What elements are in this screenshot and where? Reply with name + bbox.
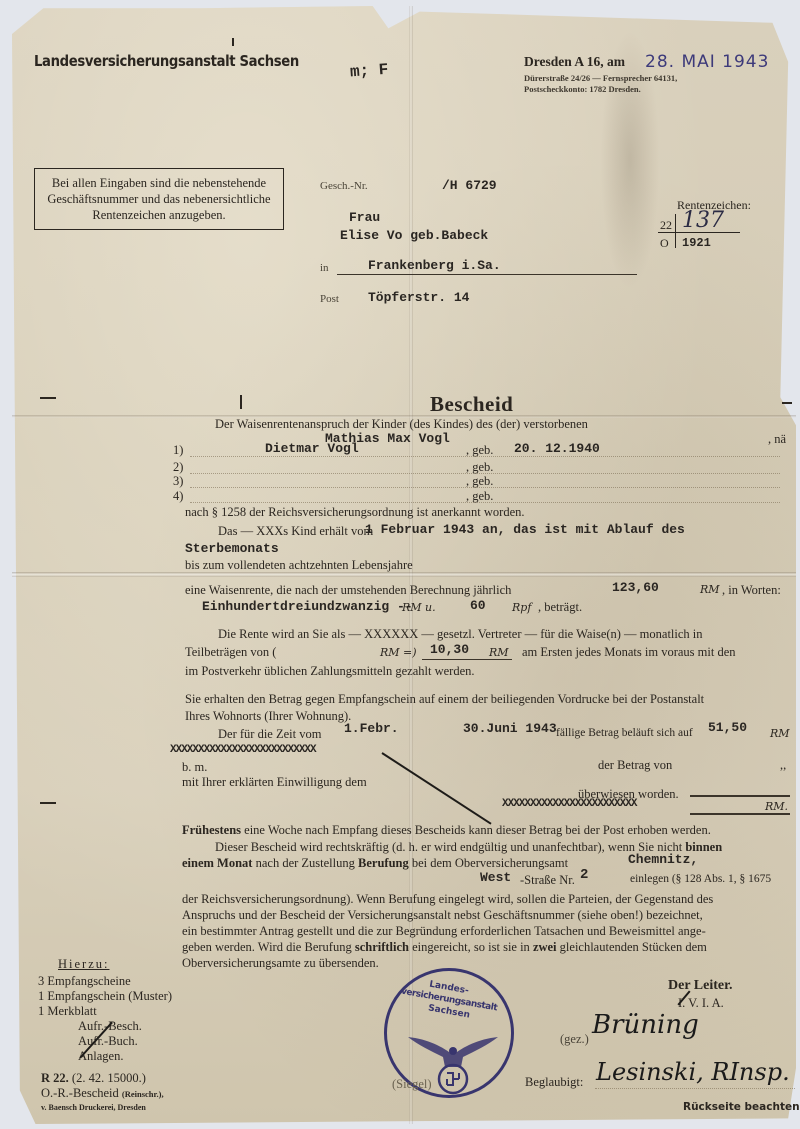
decision-intro: Der Waisenrentenanspruch der Kinder (des… [215,417,588,432]
nae-fragment: , nä [768,432,786,447]
document-title: Bescheid [430,392,513,417]
form-name-small: (Reinschr.), [122,1089,164,1099]
enclosure-item: 3 Empfangscheine [38,974,131,989]
rentenzeichen-divider-h [658,232,740,233]
entitlement-start-2: Sterbemonats [185,541,279,556]
issuer-name: Landesversicherungsanstalt Sachsen [34,52,299,70]
recipient-post-label: Post [320,293,339,305]
recipient-street: Töpferstr. 14 [368,290,469,305]
certifier-signature: Lesinski, RInsp. [596,1058,790,1086]
earliest-collection: Frühestens eine Woche nach Empfang diese… [182,823,711,838]
recipient-salutation: Frau [349,210,380,225]
amount-rule [690,795,790,797]
payment-line-3: im Postverkehr üblichen Zahlungsmitteln … [185,664,475,679]
appeal-schriftlich: schriftlich [355,940,409,954]
earliest-rest: eine Woche nach Empfang dieses Bescheids… [244,823,711,837]
child-index: 1) [173,443,183,458]
street-label: -Straße Nr. [520,873,575,888]
appeal-line-1-text: Dieser Bescheid wird rechtskräftig (d. h… [215,840,682,854]
address-line-2: Postscheckkonto: 1782 Dresden. [524,84,641,94]
appeal-zwei: zwei [533,940,557,954]
consent-text: mit Ihrer erklärten Einwilligung dem [182,775,367,790]
appeal-line-7a: geben werden. Wird die Berufung [182,940,352,954]
gesch-nr-value: /H 6729 [442,178,497,193]
gez-label: (gez.) [560,1032,589,1047]
address-line-1: Dürerstraße 24/26 — Fernsprecher 64131, [524,73,677,83]
child-name: Dietmar Vogl [265,441,359,456]
seal-caption: (Siegel) [392,1077,432,1092]
enclosure-item: 1 Empfangschein (Muster) [38,989,172,1004]
appeal-line-5: Anspruchs und der Bescheid der Versicher… [182,908,703,923]
bm-label: b. m. [182,760,207,775]
leader-title: Der Leiter. [668,978,733,994]
period-prefix: Der für die Zeit vom [218,727,321,742]
appeal-line-8: Oberversicherungsamte zu übersenden. [182,956,379,971]
street-number: 2 [580,867,588,883]
form-print-run: (2. 42. 15000.) [72,1071,146,1085]
form-name: O.-R.-Bescheid (Reinschr.), [41,1086,164,1101]
payment-line-5: Ihres Wohnorts (Ihrer Wohnung). [185,709,351,724]
currency-rm: RM [700,583,720,596]
rm-end: RM. [765,800,788,813]
rm-equals-label: RM =) [380,646,417,659]
city-underline [337,274,637,275]
appeal-line-7b: eingereicht, so ist sie in [412,940,530,954]
payment-line-4: Sie erhalten den Betrag gegen Empfangsch… [185,692,704,707]
appeal-line-2b: bei dem Oberversicherungsamt [412,856,568,870]
signature-line [595,1088,795,1089]
period-from: 1.Febr. [344,721,399,736]
appeal-line-7c: gleichlautenden Stücken dem [560,940,707,954]
child-index: 2) [173,460,183,475]
recipient-in-label: in [320,262,329,274]
printer-line: v. Baensch Druckerei, Dresden [41,1103,146,1112]
enclosures-heading: Hierzu: [58,957,109,972]
earliest-bold: Frühestens [182,823,241,837]
margin-mark [782,402,792,404]
pension-text: eine Waisenrente, die nach der umstehend… [185,583,511,598]
signature-capacity: I. V. I. A. [678,996,724,1011]
rentenzeichen-top-left: 22 [660,218,672,233]
monthly-amount-underline [422,659,512,660]
period-suffix: fällige Betrag beläuft sich auf [556,727,693,739]
child-index: 4) [173,489,183,504]
payment-line-1: Die Rente wird an Sie als — XXXXXX — ges… [218,627,703,642]
recipient-city: Frankenberg i.Sa. [368,258,501,273]
rentenzeichen-divider-v [675,214,676,248]
notice-box: Bei allen Eingaben sind die nebenstehend… [34,168,284,230]
certified-label: Beglaubigt: [525,1075,583,1090]
child-index: 3) [173,474,183,489]
margin-mark [240,395,242,409]
form-name-main: O.-R.-Bescheid [41,1086,119,1100]
betraegt-label: , beträgt. [538,600,582,615]
gesch-nr-label: Gesch.-Nr. [320,180,368,192]
dotted-line [190,487,780,488]
legal-basis: nach § 1258 der Reichsversicherungsordnu… [185,505,525,520]
appeal-berufung: Berufung [358,856,409,870]
margin-mark [40,802,56,804]
currency-rm-3: RM [770,727,790,740]
form-code: R 22. (2. 42. 15000.) [41,1071,146,1086]
struck-text-1: XXXXXXXXXXXXXXXXXXXXXXXXXX [170,744,316,756]
rm-u-label: RM u. [402,601,436,614]
torn-header-fragment: m; F [349,61,389,82]
entitlement-prefix: Das — XXXs Kind erhält vom [218,524,373,539]
currency-rm-2: RM [489,646,509,659]
amount-in-words: Einhundertdreiundzwanzig -- [202,599,413,614]
rpf-label: Rpf [512,601,531,614]
dotted-line [190,502,780,503]
appeal-line-4: der Reichsversicherungsordnung). Wenn Be… [182,892,713,907]
rentenzeichen-top-right: 137 [682,208,724,233]
period-to: 30.Juni 1943 [463,721,557,736]
betrag-von-label: der Betrag von [598,758,672,773]
dotted-line [190,456,780,457]
appeal-line-2: einem Monat nach der Zustellung Berufung… [182,856,568,871]
amount-rule-2 [690,813,790,815]
date-stamp: 28. MAI 1943 [645,52,769,72]
rentenzeichen-bottom-left: O [660,236,669,251]
appeal-line-6: ein bestimmter Antrag gestellt und die z… [182,924,706,939]
payment-line-2-prefix: Teilbeträgen von ( [185,645,276,660]
appeal-line-7: geben werden. Wird die Berufung schriftl… [182,940,707,955]
margin-mark [40,397,56,399]
court-street: West [480,870,511,885]
child-birthdate: 20. 12.1940 [514,441,600,456]
court-city: Chemnitz, [628,852,698,867]
struck-text-2: XXXXXXXXXXXXXXXXXXXXXXXX [502,798,636,810]
form-code-bold: R 22. [41,1071,69,1085]
rentenzeichen-bottom-right: 1921 [682,236,711,250]
appeal-line-2-text: nach der Zustellung [256,856,355,870]
entitlement-until: bis zum vollendeten achtzehnten Lebensja… [185,558,413,573]
place-label: Dresden A 16, am [524,54,625,70]
reverse-note: Rückseite beachten. [683,1101,800,1113]
annual-amount: 123,60 [612,580,659,595]
appeal-einem-monat: einem Monat [182,856,252,870]
signer-signature: Brüning [592,1010,699,1040]
in-words-label: , in Worten: [722,583,781,598]
recipient-name: Elise Vo geb.Babeck [340,228,488,243]
pfennig-amount: 60 [470,598,486,613]
quote-mark: ,, [780,758,786,773]
monthly-amount: 10,30 [430,642,469,657]
appeal-line-3-suffix: einlegen (§ 128 Abs. 1, § 1675 [630,873,771,885]
payment-line-2-suffix: am Ersten jedes Monats im voraus mit den [522,645,736,660]
enclosure-item: 1 Merkblatt [38,1004,97,1019]
period-amount: 51,50 [708,720,747,735]
tick-mark [232,38,234,46]
entitlement-start: 1 Februar 1943 an, das ist mit Ablauf de… [365,522,685,537]
